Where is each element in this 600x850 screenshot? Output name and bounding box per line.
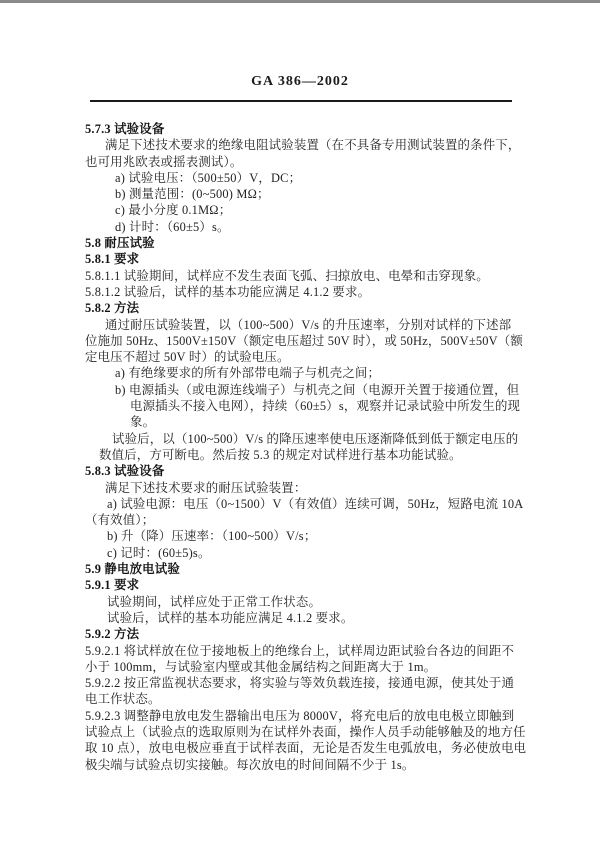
doc-line: 5.8.2 方法 [85,300,517,316]
doc-line: 取 10 点），放电电极应垂直于试样表面，无论是否发生电弧放电，务必使放电电 [85,740,517,756]
doc-code-header: GA 386—2002 [0,74,600,90]
doc-line: 试验后，以（100~500）V/s 的降压速率使电压逐渐降低到低于额定电压的 [85,431,517,447]
doc-line: c) 记时：(60±5)s。 [85,545,517,561]
doc-line: 试验点上（试验点的选取原则为在试样外表面，操作人员手动能够触及的地方任 [85,724,517,740]
scan-edge [0,0,600,3]
doc-line: b) 测量范围：(0~500) MΩ； [85,186,517,202]
doc-line: c) 最小分度 0.1MΩ； [85,202,517,218]
doc-line: 5.8 耐压试验 [85,235,517,251]
doc-line: 电工作状态。 [85,691,517,707]
doc-line: 小于 100mm，与试验室内壁或其他金属结构之间距离大于 1m。 [85,659,517,675]
doc-line: 满足下述技术要求的绝缘电阻试验装置（在不具备专用测试装置的条件下， [85,137,517,153]
doc-line: 数值后，方可断电。然后按 5.3 的规定对试样进行基本功能试验。 [85,447,517,463]
doc-line: 5.8.3 试验设备 [85,463,517,479]
doc-line: 5.9 静电放电试验 [85,561,517,577]
doc-line: 试验期间，试样应处于正常工作状态。 [85,594,517,610]
doc-line: 5.9.2.1 将试样放在位于接地板上的绝缘台上，试样周边距试验台各边的间距不 [85,643,517,659]
doc-line: 5.9.2.3 调整静电放电发生器输出电压为 8000V，将充电后的放电电极立即… [85,708,517,724]
doc-line: 5.9.1 要求 [85,577,517,593]
doc-line: 5.8.1 要求 [85,251,517,267]
doc-line: 也可用兆欧表或摇表测试）。 [85,154,517,170]
doc-line: 位施加 50Hz、1500V±150V（额定电压超过 50V 时），或 50Hz… [85,333,517,349]
doc-line: 通过耐压试验装置，以（100~500）V/s 的升压速率，分别对试样的下述部 [85,317,517,333]
doc-line: b) 电源插头（或电源连线端子）与机壳之间（电源开关置于接通位置，但 [85,382,517,398]
doc-line: a) 试验电源：电压（0~1500）V（有效值）连续可调，50Hz，短路电流 1… [85,496,517,512]
doc-line: 5.8.1.2 试验后，试样的基本功能应满足 4.1.2 要求。 [85,284,517,300]
doc-line: 试验后，试样的基本功能应满足 4.1.2 要求。 [85,610,517,626]
doc-content: 5.7.3 试验设备满足下述技术要求的绝缘电阻试验装置（在不具备专用测试装置的条… [85,121,517,773]
doc-line: b) 升（降）压速率：（100~500）V/s； [85,528,517,544]
doc-line: 定电压不超过 50V 时）的试验电压。 [85,349,517,365]
doc-line: 5.9.2 方法 [85,626,517,642]
doc-line: 5.7.3 试验设备 [85,121,517,137]
doc-line: 5.8.1.1 试验期间，试样应不发生表面飞弧、扫掠放电、电晕和击穿现象。 [85,268,517,284]
doc-line: 电源插头不接入电网），持续（60±5）s，观察并记录试验中所发生的现 [85,398,517,414]
doc-line: 象。 [85,414,517,430]
doc-line: 极尖端与试验点切实接触。每次放电的时间间隔不少于 1s。 [85,757,517,773]
doc-line: （有效值）； [85,512,517,528]
doc-line: d) 计时：（60±5）s。 [85,219,517,235]
doc-line: 满足下述技术要求的耐压试验装置： [85,480,517,496]
header-rule [90,100,512,102]
doc-line: a) 有绝缘要求的所有外部带电端子与机壳之间； [85,365,517,381]
doc-line: 5.9.2.2 按正常监视状态要求，将实验与等效负载连接，接通电源，使其处于通 [85,675,517,691]
doc-line: a) 试验电压：（500±50）V，DC； [85,170,517,186]
